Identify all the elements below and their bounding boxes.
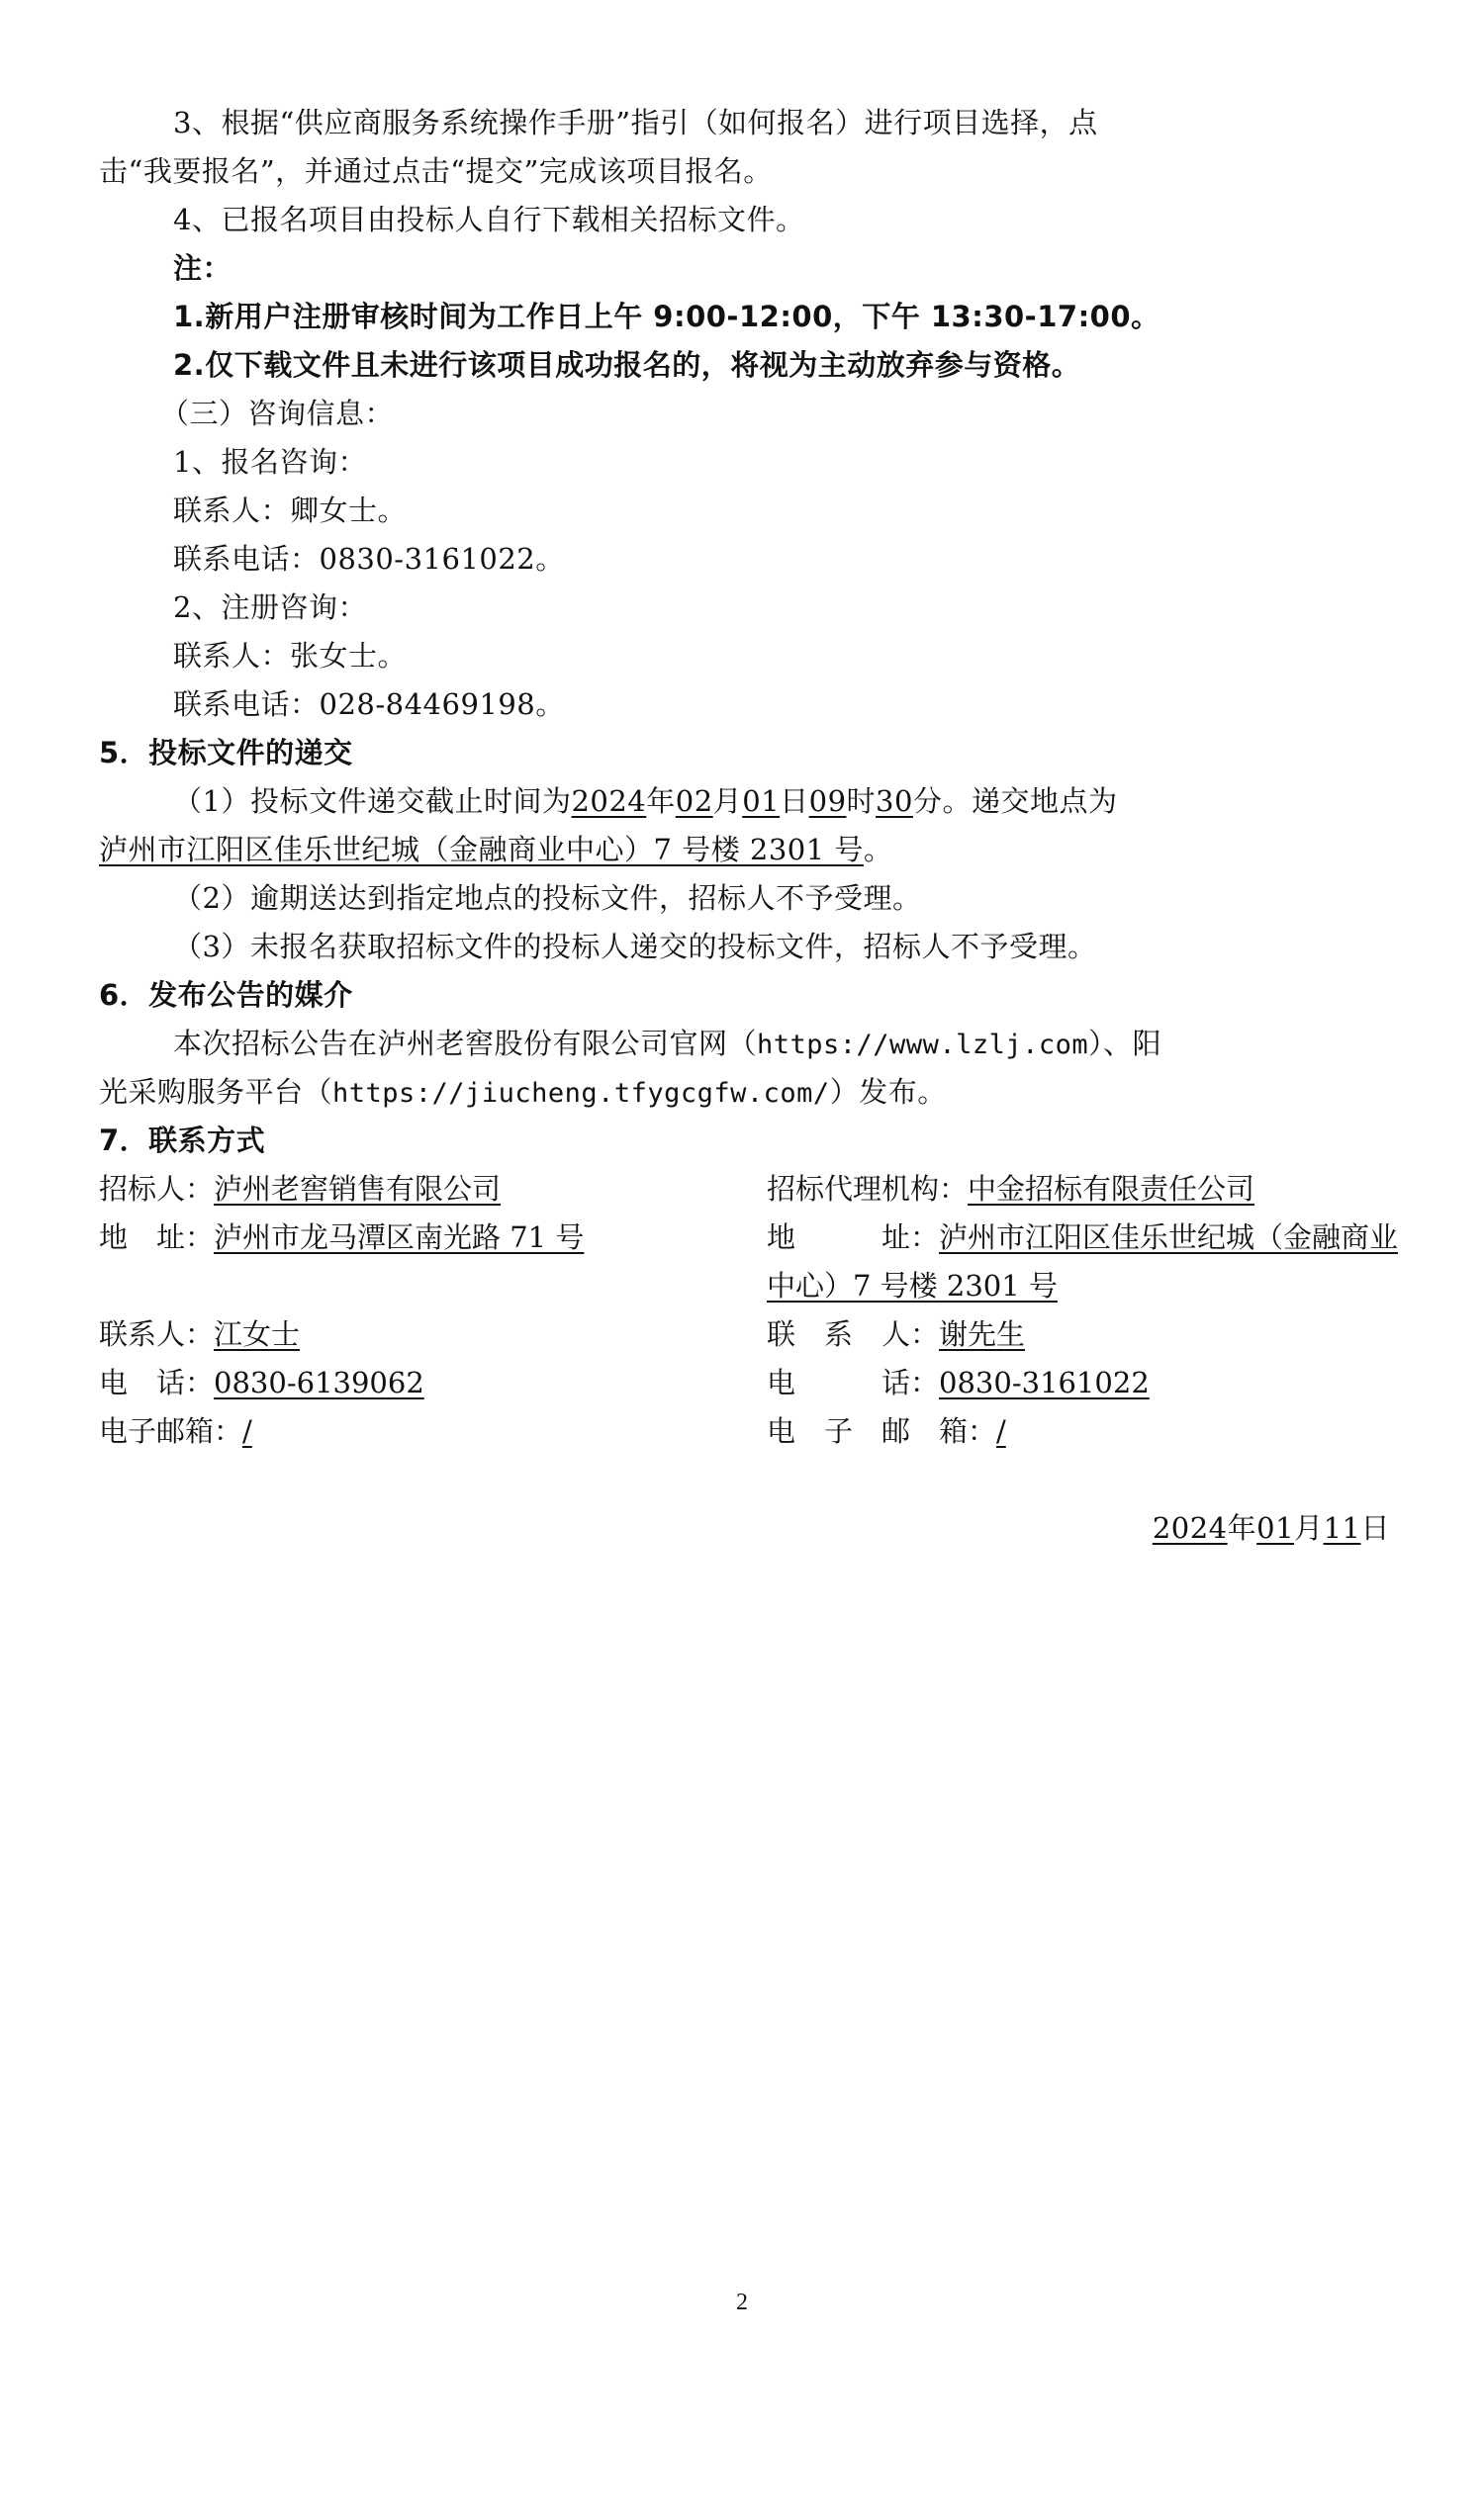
jiucheng-platform-link[interactable]: https://jiucheng.tfygcgfw.com/ bbox=[332, 1078, 830, 1109]
tenderer-spacer-row bbox=[99, 1262, 752, 1310]
deadline-minute: 30 bbox=[876, 784, 913, 818]
section-5-paragraph-1-line-2: 泸州市江阳区佳乐世纪城（金融商业中心）7 号楼 2301 号。 bbox=[99, 826, 1390, 874]
section-7-heading: 7．联系方式 bbox=[99, 1117, 1390, 1165]
section-6-paragraph-line-2: 光采购服务平台（https://jiucheng.tfygcgfw.com/）发… bbox=[99, 1068, 1390, 1117]
note-1: 1.新用户注册审核时间为工作日上午 9:00-12:00，下午 13:30-17… bbox=[99, 293, 1390, 341]
agency-address-label: 地 址： bbox=[767, 1220, 939, 1254]
tenderer-contact-label: 联系人： bbox=[99, 1317, 214, 1351]
consult-registration-phone: 联系电话：0830-3161022。 bbox=[99, 535, 1390, 584]
agency-name-label: 招标代理机构： bbox=[767, 1172, 968, 1206]
document-date: 2024年01月11日 bbox=[99, 1504, 1390, 1553]
media-text-3: 光采购服务平台（ bbox=[99, 1075, 332, 1109]
agency-address-row: 地 址：泸州市江阳区佳乐世纪城（金融商业中心）7 号楼 2301 号 bbox=[767, 1214, 1400, 1310]
media-text-2: ）、阳 bbox=[1088, 1027, 1161, 1060]
agency-name-row: 招标代理机构：中金招标有限责任公司 bbox=[767, 1165, 1400, 1214]
tenderer-contact: 招标人：泸州老窖销售有限公司 地 址：泸州市龙马潭区南光路 71 号 联系人：江… bbox=[99, 1165, 752, 1456]
section-6-paragraph-line-1: 本次招标公告在泸州老窖股份有限公司官网（https://www.lzlj.com… bbox=[99, 1020, 1390, 1068]
agency-name: 中金招标有限责任公司 bbox=[968, 1172, 1254, 1206]
section-5-paragraph-2: （2）逾期送达到指定地点的投标文件，招标人不予受理。 bbox=[99, 874, 1390, 923]
deadline-prefix: （1）投标文件递交截止时间为 bbox=[173, 784, 571, 818]
tenderer-name-label: 招标人： bbox=[99, 1172, 214, 1206]
consult-registration-contact: 联系人：卿女士。 bbox=[99, 487, 1390, 535]
date-month: 01 bbox=[1256, 1511, 1294, 1545]
section-5-paragraph-1-line-1: （1）投标文件递交截止时间为2024年02月01日09时30分。递交地点为 bbox=[99, 777, 1390, 826]
tenderer-address-label: 地 址： bbox=[99, 1220, 214, 1254]
consult-signup-title: 2、注册咨询： bbox=[99, 584, 1390, 632]
consult-signup-phone: 联系电话：028-84469198。 bbox=[99, 680, 1390, 729]
section-5-paragraph-3: （3）未报名获取招标文件的投标人递交的投标文件，招标人不予受理。 bbox=[99, 923, 1390, 971]
tenderer-phone-label: 电 话： bbox=[99, 1366, 214, 1399]
submission-location: 泸州市江阳区佳乐世纪城（金融商业中心）7 号楼 2301 号 bbox=[99, 833, 864, 866]
tenderer-contact-row: 联系人：江女士 bbox=[99, 1310, 752, 1359]
deadline-hour: 09 bbox=[809, 784, 847, 818]
date-day: 11 bbox=[1324, 1511, 1361, 1545]
deadline-minute-unit: 分。递交地点为 bbox=[913, 784, 1118, 818]
tenderer-name: 泸州老窖销售有限公司 bbox=[214, 1172, 501, 1206]
deadline-year-unit: 年 bbox=[646, 784, 676, 818]
deadline-hour-unit: 时 bbox=[847, 784, 877, 818]
deadline-year: 2024 bbox=[571, 784, 646, 818]
consult-info-title: （三）咨询信息： bbox=[99, 390, 1390, 438]
agency-contact-row: 联 系 人：谢先生 bbox=[767, 1310, 1400, 1359]
date-month-unit: 月 bbox=[1294, 1511, 1324, 1545]
lzlj-website-link[interactable]: https://www.lzlj.com bbox=[757, 1030, 1088, 1060]
deadline-month: 02 bbox=[676, 784, 713, 818]
agency-contact-person: 谢先生 bbox=[939, 1317, 1025, 1351]
item-3-line-1: 3、根据“供应商服务系统操作手册”指引（如何报名）进行项目选择，点 bbox=[99, 99, 1390, 147]
tenderer-contact-person: 江女士 bbox=[214, 1317, 300, 1351]
agency-phone-row: 电 话：0830-3161022 bbox=[767, 1359, 1400, 1407]
contact-block: 招标人：泸州老窖销售有限公司 地 址：泸州市龙马潭区南光路 71 号 联系人：江… bbox=[99, 1165, 1390, 1456]
deadline-month-unit: 月 bbox=[713, 784, 743, 818]
note-2: 2.仅下载文件且未进行该项目成功报名的，将视为主动放弃参与资格。 bbox=[99, 341, 1390, 390]
document-page: 3、根据“供应商服务系统操作手册”指引（如何报名）进行项目选择，点 击“我要报名… bbox=[99, 99, 1390, 1553]
media-text-4: ）发布。 bbox=[830, 1075, 947, 1109]
agency-contact-label: 联 系 人： bbox=[767, 1317, 939, 1351]
note-label: 注： bbox=[99, 244, 1390, 293]
date-year: 2024 bbox=[1153, 1511, 1228, 1545]
tenderer-email-label: 电子邮箱： bbox=[99, 1414, 242, 1448]
consult-signup-contact: 联系人：张女士。 bbox=[99, 632, 1390, 680]
tenderer-name-row: 招标人：泸州老窖销售有限公司 bbox=[99, 1165, 752, 1214]
tenderer-address-row: 地 址：泸州市龙马潭区南光路 71 号 bbox=[99, 1214, 752, 1262]
tenderer-phone: 0830-6139062 bbox=[214, 1366, 424, 1399]
page-number: 2 bbox=[0, 2290, 1484, 2316]
agency-email-row: 电 子 邮 箱：/ bbox=[767, 1407, 1400, 1456]
deadline-day: 01 bbox=[742, 784, 780, 818]
date-day-unit: 日 bbox=[1360, 1511, 1390, 1545]
tenderer-address: 泸州市龙马潭区南光路 71 号 bbox=[214, 1220, 584, 1254]
date-year-unit: 年 bbox=[1228, 1511, 1257, 1545]
agency-phone-label: 电 话： bbox=[767, 1366, 939, 1399]
tenderer-phone-row: 电 话：0830-6139062 bbox=[99, 1359, 752, 1407]
agency-phone: 0830-3161022 bbox=[939, 1366, 1150, 1399]
submission-location-end: 。 bbox=[864, 833, 893, 866]
item-3-line-2: 击“我要报名”，并通过点击“提交”完成该项目报名。 bbox=[99, 147, 1390, 196]
deadline-day-unit: 日 bbox=[780, 784, 809, 818]
agency-email: / bbox=[996, 1414, 1006, 1448]
tenderer-email-row: 电子邮箱：/ bbox=[99, 1407, 752, 1456]
section-6-heading: 6．发布公告的媒介 bbox=[99, 971, 1390, 1020]
tenderer-email: / bbox=[242, 1414, 252, 1448]
media-text-1: 本次招标公告在泸州老窖股份有限公司官网（ bbox=[173, 1027, 757, 1060]
agency-contact: 招标代理机构：中金招标有限责任公司 地 址：泸州市江阳区佳乐世纪城（金融商业中心… bbox=[767, 1165, 1400, 1456]
item-4: 4、已报名项目由投标人自行下载相关招标文件。 bbox=[99, 196, 1390, 244]
consult-registration-title: 1、报名咨询： bbox=[99, 438, 1390, 487]
agency-email-label: 电 子 邮 箱： bbox=[767, 1414, 996, 1448]
section-5-heading: 5．投标文件的递交 bbox=[99, 729, 1390, 777]
